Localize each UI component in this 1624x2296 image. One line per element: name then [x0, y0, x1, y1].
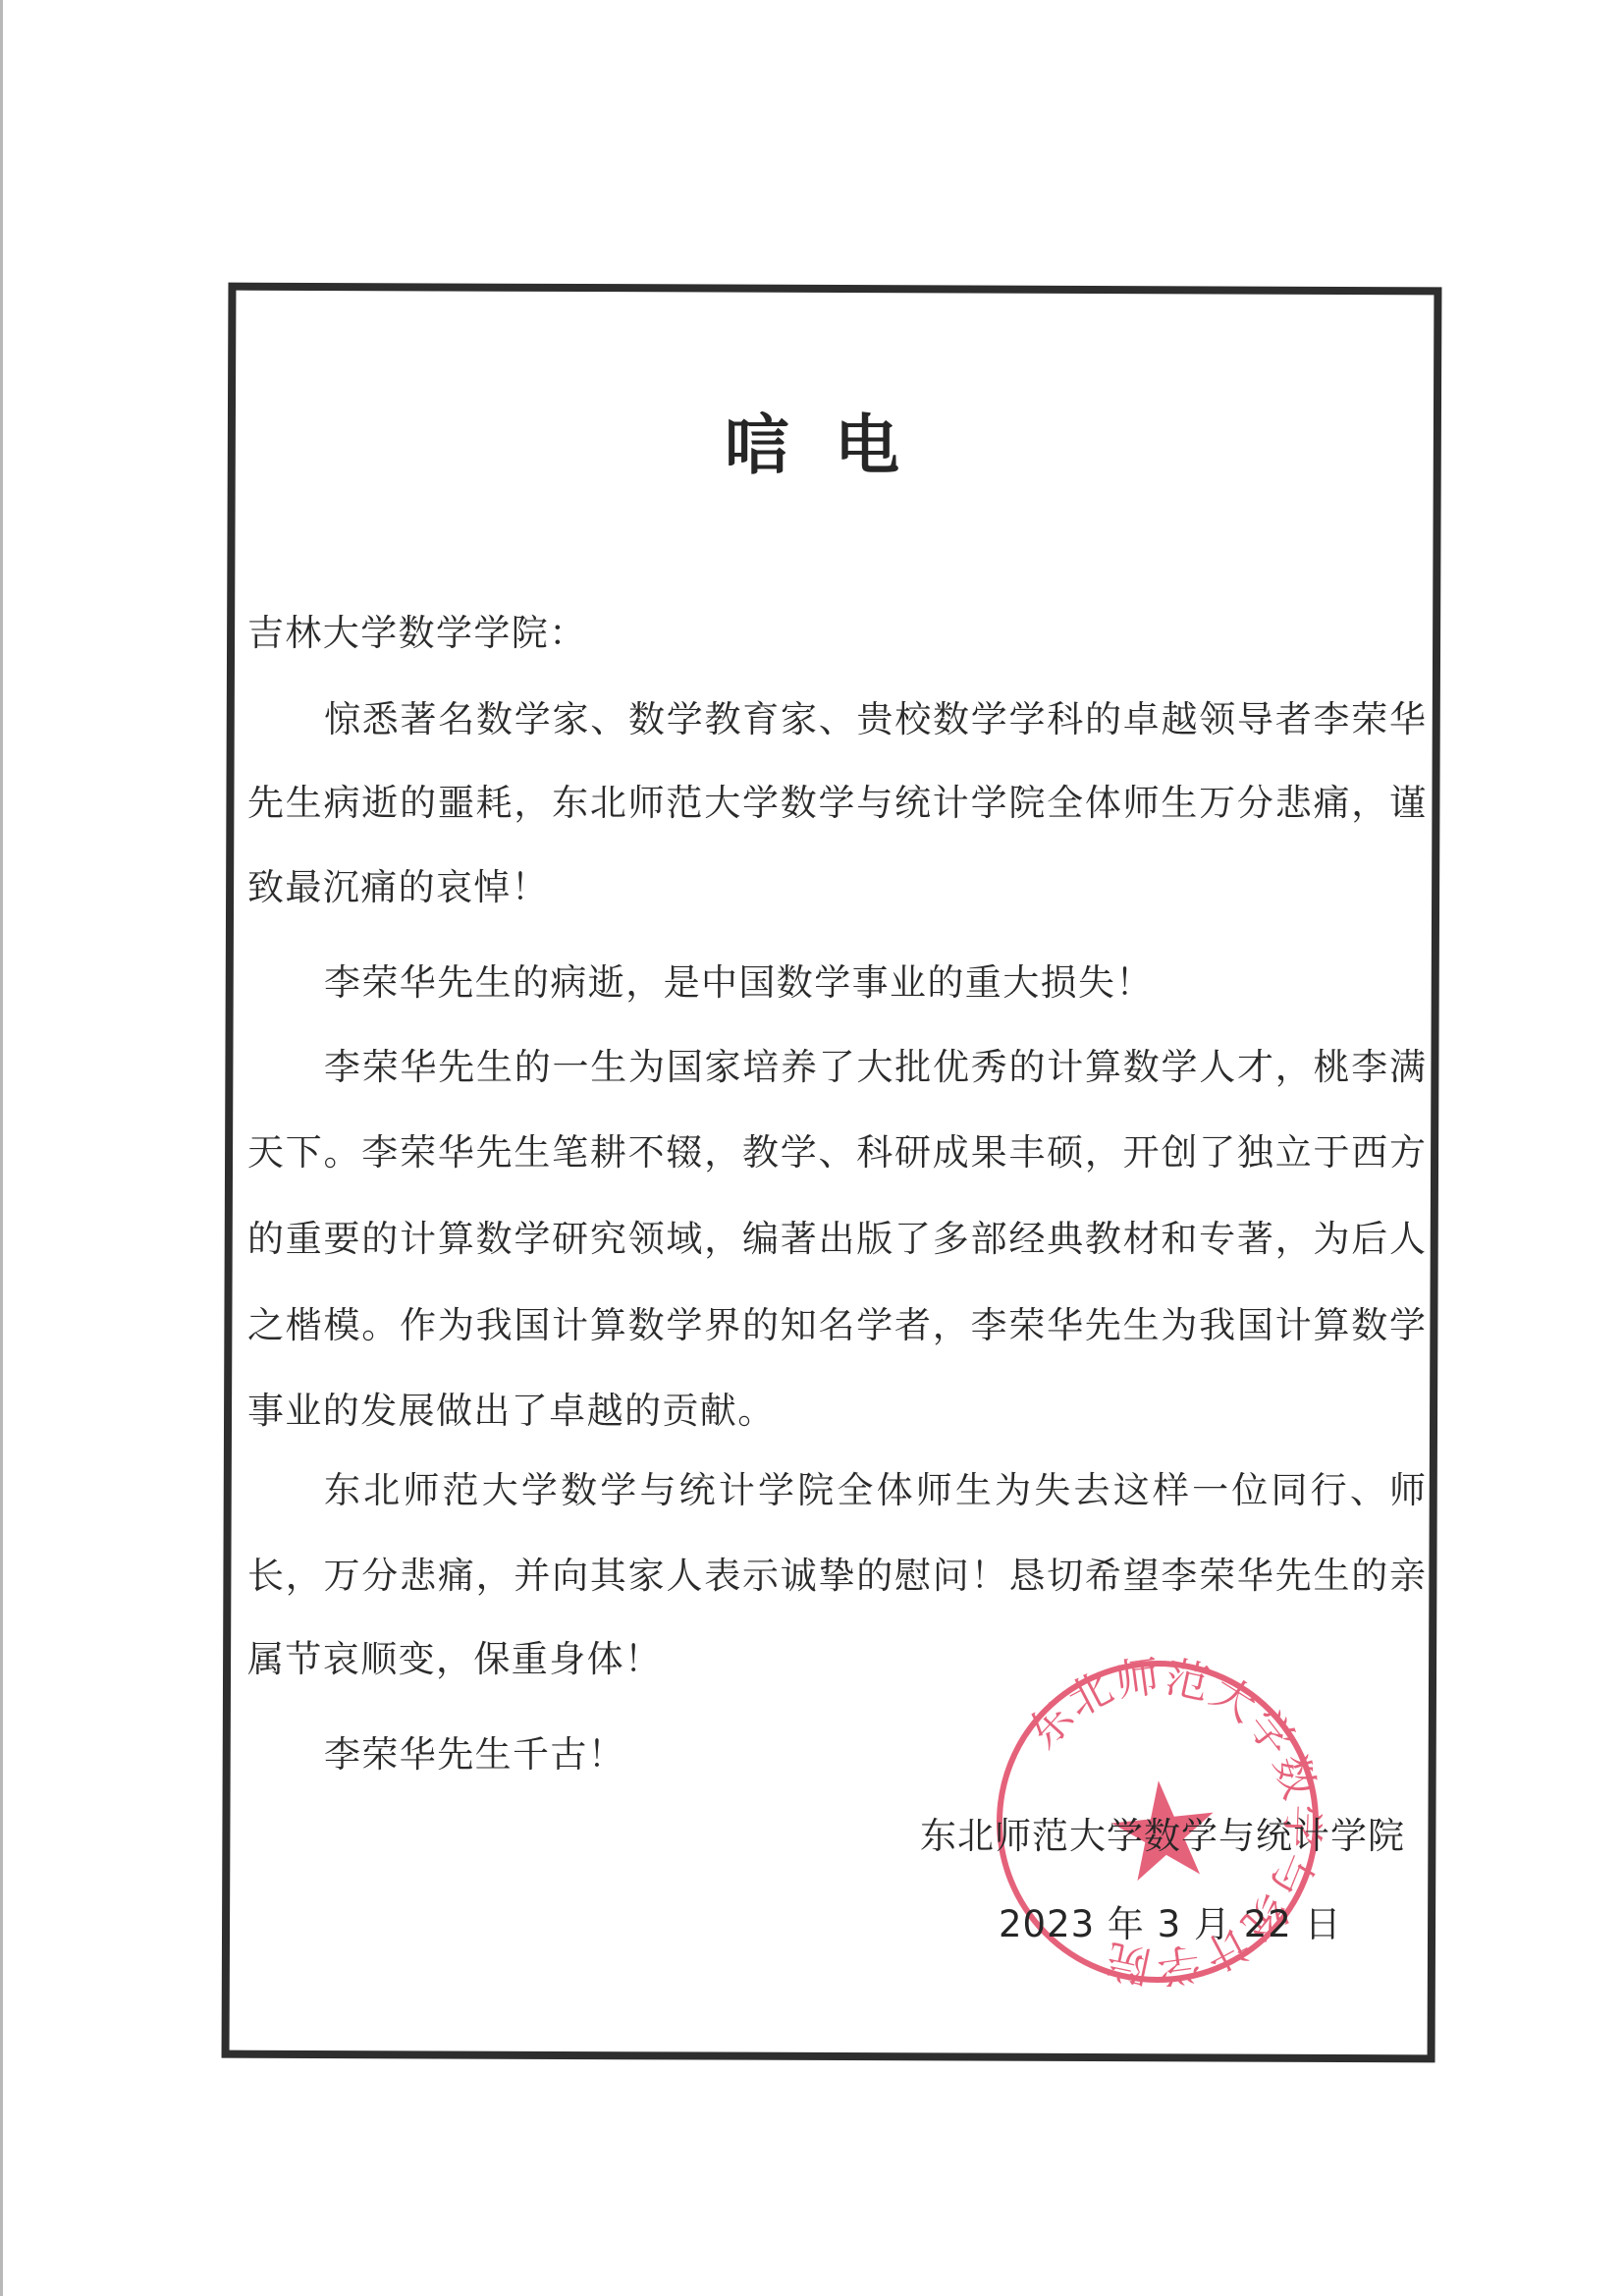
salutation: 吉林大学数学学院：: [247, 612, 1426, 655]
body-line: 事业的发展做出了卓越的贡献。: [247, 1390, 1426, 1433]
body-line: 先生病逝的噩耗，东北师范大学数学与统计学院全体师生万分悲痛，谨: [247, 782, 1426, 825]
body-line: 李荣华先生的病逝，是中国数学事业的重大损失！: [324, 961, 1426, 1005]
signature-organization: 东北师范大学数学与统计学院: [920, 1815, 1405, 1858]
body-line: 李荣华先生的一生为国家培养了大批优秀的计算数学人才，桃李满: [324, 1046, 1426, 1089]
document-title: 唁 电: [0, 405, 1624, 487]
body-line: 惊悉著名数学家、数学教育家、贵校数学学科的卓越领导者李荣华: [324, 698, 1426, 741]
page-edge-shadow: [0, 0, 3, 2296]
body-line: 的重要的计算数学研究领域，编著出版了多部经典教材和专著，为后人: [247, 1218, 1426, 1261]
body-line: 天下。李荣华先生笔耕不辍，教学、科研成果丰硕，开创了独立于西方: [247, 1131, 1426, 1175]
signature-date: 2023 年 3 月 22 日: [999, 1903, 1342, 1946]
body-line: 东北师范大学数学与统计学院全体师生为失去这样一位同行、师: [324, 1469, 1426, 1512]
body-line: 之楷模。作为我国计算数学界的知名学者，李荣华先生为我国计算数学: [247, 1304, 1426, 1347]
body-line: 长，万分悲痛，并向其家人表示诚挚的慰问！恳切希望李荣华先生的亲: [247, 1555, 1426, 1598]
body-line: 致最沉痛的哀悼！: [247, 866, 1426, 909]
